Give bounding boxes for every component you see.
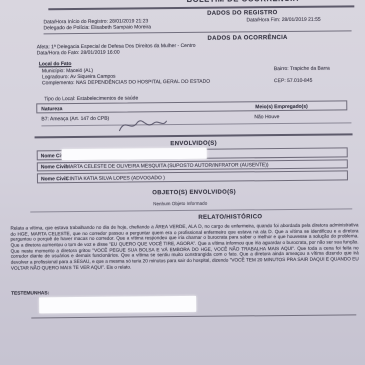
field-delegado: Delegado de Polícia: Elisabeth Sampaio M…	[43, 24, 151, 31]
section-heading-objetos: OBJETO(S) ENVOLVIDO(S)	[38, 188, 350, 197]
natureza-column-header: Natureza	[41, 106, 62, 112]
meio-column-header: Meio(s) Empregado(s)	[255, 103, 308, 110]
field-cep: CEP: 57.010-845	[274, 78, 312, 84]
section-heading-registro: DADOS DO REGISTRO	[86, 9, 365, 18]
field-data-fato: Data/Hora do Fato: 28/01/2019 16:00	[37, 50, 120, 57]
local-do-fato-heading: Local do Fato	[39, 61, 72, 67]
nome-civil-label: Nome Civil:	[41, 164, 69, 170]
natureza-value: B7: Ameaça (Art. 147 do CPB)	[41, 116, 109, 123]
envolvido-row: Nome Civil: CINTIA KATIA SILVA LOPES (AD…	[37, 170, 348, 182]
section-divider	[30, 208, 352, 212]
field-bairro: Bairro: Trapiche da Barra	[274, 66, 330, 73]
natureza-row-divider	[41, 122, 351, 126]
testemunhas-label: TESTEMUNHAS:	[11, 291, 49, 296]
section-divider	[35, 133, 353, 138]
document-title: BOLETIM DE OCORRÊNCIA	[60, 0, 365, 5]
objetos-value: Nenhum Objeto Informado	[24, 200, 336, 209]
handwritten-mark	[116, 115, 168, 135]
document-end-divider	[31, 314, 356, 318]
police-report-document: BOLETIM DE OCORRÊNCIA DADOS DO REGISTRO …	[0, 0, 365, 365]
natureza-header-row: Natureza Meio(s) Empregado(s)	[36, 100, 347, 112]
section-divider	[44, 30, 352, 34]
nome-civil-value: MARTA CELESTE DE OLIVEIRA MESQUITA (SUPO…	[66, 162, 269, 170]
field-complemento: Complemento: NAS DEPENDÊNCIAS DO HOSPITA…	[42, 79, 210, 87]
envolvido-row: Nome Civil: MARTA CELESTE DE OLIVEIRA ME…	[37, 159, 348, 171]
relato-text: Relata a vítima, que estava trabalhando …	[10, 222, 358, 271]
section-heading-relato: RELATO/HISTÓRICO	[74, 213, 365, 222]
meio-value: Não Houve	[254, 114, 279, 120]
field-registro-fim: Data/Hora Fim: 28/01/2019 21:55	[246, 17, 320, 24]
nome-civil-label: Nome Civil:	[41, 176, 69, 182]
nome-civil-value: CINTIA KATIA SILVA LOPES (ADVOGADO )	[66, 175, 165, 182]
redaction-box	[62, 147, 207, 160]
section-heading-ocorrencia: DADOS DA OCORRÊNCIA	[92, 34, 365, 43]
field-tipo-local: Tipo do Local: Estabelecimentos de saúde	[44, 95, 138, 102]
redaction-box	[39, 296, 196, 314]
